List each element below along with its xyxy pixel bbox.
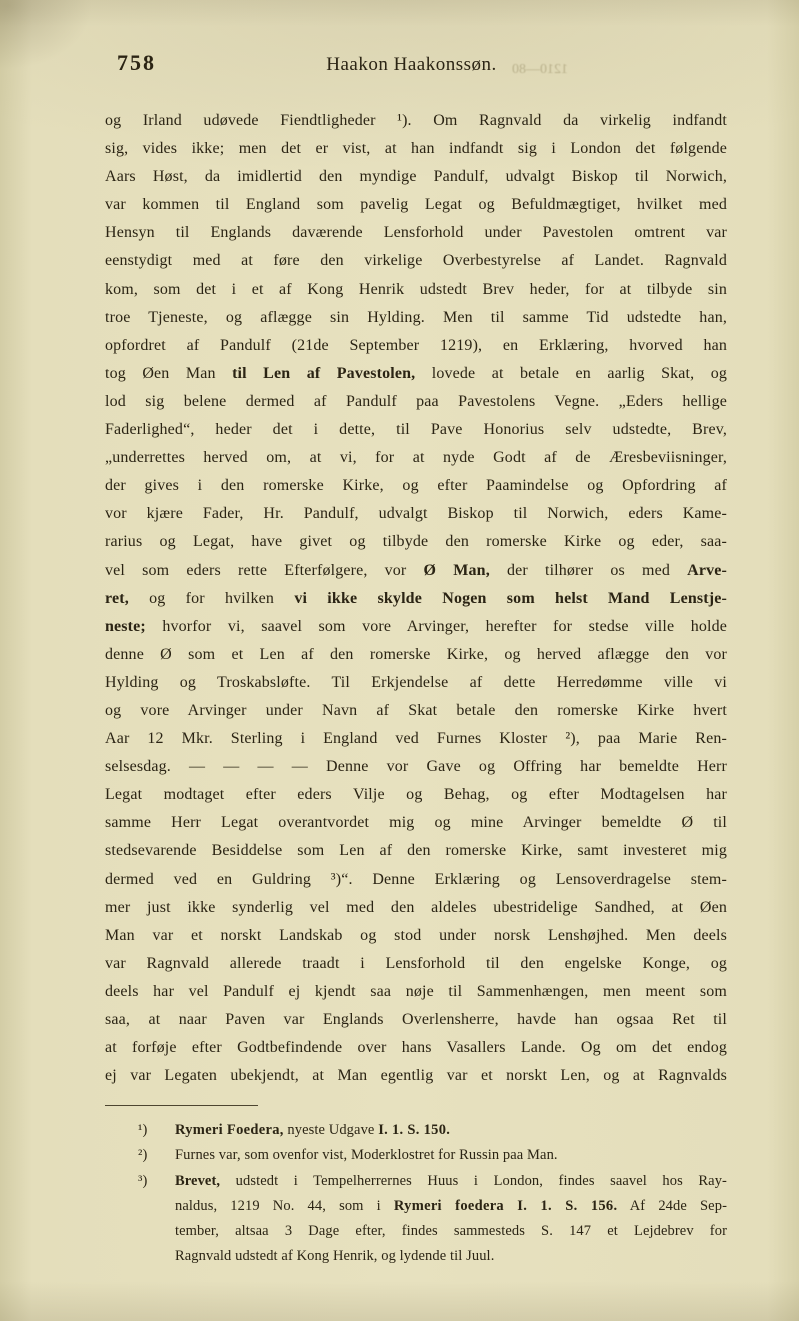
footnote-line: naldus, 1219 No. 44, som i Rymeri foeder… bbox=[175, 1194, 727, 1219]
book-page-scan: 1210—80 758 Haakon Haakonssøn. og Irland… bbox=[0, 0, 799, 1321]
text-run: nyeste Udgave bbox=[284, 1122, 379, 1138]
text-line: mer just ikke synderlig vel med den alde… bbox=[105, 894, 727, 922]
text-line: ret, og for hvilken vi ikke skylde Nogen… bbox=[105, 585, 727, 613]
text-run: der tilhører os med bbox=[490, 562, 687, 579]
text-run: Man var et norskt Landskab og stod under… bbox=[105, 927, 727, 944]
footnote-marker: ²) bbox=[138, 1143, 147, 1168]
text-line: Legat modtaget efter eders Vilje og Beha… bbox=[105, 781, 727, 809]
text-run: Brevet, bbox=[175, 1173, 220, 1189]
text-line: opfordret af Pandulf (21de September 121… bbox=[105, 332, 727, 360]
text-run: Arve- bbox=[687, 562, 727, 579]
text-run: at forføje efter Godtbefindende over han… bbox=[105, 1039, 727, 1056]
text-run: saa, at naar Paven var Englands Overlens… bbox=[105, 1011, 727, 1028]
page-header: 758 Haakon Haakonssøn. bbox=[105, 50, 727, 76]
text-line: vel som eders rette Efterfølgere, vor Ø … bbox=[105, 557, 727, 585]
text-line: var Ragnvald allerede traadt i Lensforho… bbox=[105, 950, 727, 978]
text-line: var kommen til England som pavelig Legat… bbox=[105, 191, 727, 219]
text-run: og for hvilken bbox=[129, 590, 294, 607]
text-line: neste; hvorfor vi, saavel som vore Arvin… bbox=[105, 613, 727, 641]
text-line: sig, vides ikke; men det er vist, at han… bbox=[105, 135, 727, 163]
text-line: Aar 12 Mkr. Sterling i England ved Furne… bbox=[105, 725, 727, 753]
text-run: selsesdag. — — — — Denne vor Gave og Off… bbox=[105, 758, 727, 775]
page-number: 758 bbox=[117, 50, 156, 76]
text-run: Hensyn til Englands daværende Lensforhol… bbox=[105, 224, 727, 241]
text-run: opfordret af Pandulf (21de September 121… bbox=[105, 337, 727, 354]
text-line: troe Tjeneste, og aflægge sin Hylding. M… bbox=[105, 304, 727, 332]
text-run: I. 1. S. 150. bbox=[378, 1122, 450, 1138]
text-run: tember, altsaa 3 Dage efter, findes samm… bbox=[175, 1223, 727, 1239]
text-run: Ø Man, bbox=[424, 562, 490, 579]
text-run: hvorfor vi, saavel som vore Arvinger, he… bbox=[146, 618, 727, 635]
text-run: vor kjære Fader, Hr. Pandulf, udvalgt Bi… bbox=[105, 505, 727, 522]
text-run: vel som eders rette Efterfølgere, vor bbox=[105, 562, 424, 579]
footnote-line: Furnes var, som ovenfor vist, Moderklost… bbox=[175, 1143, 727, 1168]
footnote-line: Brevet, udstedt i Tempelherrernes Huus i… bbox=[175, 1169, 727, 1194]
body-text: og Irland udøvede Fiendtligheder ¹). Om … bbox=[105, 107, 727, 1090]
text-line: at forføje efter Godtbefindende over han… bbox=[105, 1034, 727, 1062]
text-line: selsesdag. — — — — Denne vor Gave og Off… bbox=[105, 753, 727, 781]
text-line: der gives i den romerske Kirke, og efter… bbox=[105, 472, 727, 500]
text-run: og vore Arvinger under Navn af Skat beta… bbox=[105, 702, 727, 719]
text-run: ret, bbox=[105, 590, 129, 607]
text-line: vor kjære Fader, Hr. Pandulf, udvalgt Bi… bbox=[105, 500, 727, 528]
text-run: tog Øen Man bbox=[105, 365, 232, 382]
text-run: der gives i den romerske Kirke, og efter… bbox=[105, 477, 727, 494]
text-run: Aar 12 Mkr. Sterling i England ved Furne… bbox=[105, 730, 727, 747]
footnote: ²)Furnes var, som ovenfor vist, Moderklo… bbox=[105, 1143, 727, 1168]
text-run: Hylding og Troskabsløfte. Til Erkjendels… bbox=[105, 674, 727, 691]
text-line: Hensyn til Englands daværende Lensforhol… bbox=[105, 219, 727, 247]
text-line: og vore Arvinger under Navn af Skat beta… bbox=[105, 697, 727, 725]
text-line: eenstydigt med at føre den virkelige Ove… bbox=[105, 247, 727, 275]
text-line: Faderlighed“, heder det i dette, til Pav… bbox=[105, 416, 727, 444]
text-line: ej var Legaten ubekjendt, at Man egentli… bbox=[105, 1062, 727, 1090]
text-run: naldus, 1219 No. 44, som i bbox=[175, 1198, 394, 1214]
text-run: vi ikke skylde Nogen som helst Mand Lens… bbox=[294, 590, 727, 607]
text-line: denne Ø som et Len af den romerske Kirke… bbox=[105, 641, 727, 669]
text-line: saa, at naar Paven var Englands Overlens… bbox=[105, 1006, 727, 1034]
text-run: lod sig belene dermed af Pandulf paa Pav… bbox=[105, 393, 727, 410]
text-line: dermed ved en Guldring ³)“. Denne Erklær… bbox=[105, 866, 727, 894]
text-line: Man var et norskt Landskab og stod under… bbox=[105, 922, 727, 950]
text-run: dermed ved en Guldring ³)“. Denne Erklær… bbox=[105, 871, 727, 888]
text-line: rarius og Legat, have givet og tilbyde d… bbox=[105, 528, 727, 556]
text-run: Rymeri foedera I. 1. S. 156. bbox=[394, 1198, 618, 1214]
text-line: deels har vel Pandulf ej kjendt saa nøje… bbox=[105, 978, 727, 1006]
text-run: Legat modtaget efter eders Vilje og Beha… bbox=[105, 786, 727, 803]
footnote-marker: ³) bbox=[138, 1169, 147, 1194]
text-line: stedsevarende Besiddelse som Len af den … bbox=[105, 837, 727, 865]
text-run: til Len af Pavestolen, bbox=[232, 365, 415, 382]
footnotes: ¹)Rymeri Foedera, nyeste Udgave I. 1. S.… bbox=[105, 1118, 727, 1270]
text-run: var kommen til England som pavelig Legat… bbox=[105, 196, 727, 213]
text-run: mer just ikke synderlig vel med den alde… bbox=[105, 899, 727, 916]
text-line: lod sig belene dermed af Pandulf paa Pav… bbox=[105, 388, 727, 416]
footnote: ¹)Rymeri Foedera, nyeste Udgave I. 1. S.… bbox=[105, 1118, 727, 1143]
text-run: Ragnvald udstedt af Kong Henrik, og lyde… bbox=[175, 1248, 494, 1264]
text-run: stedsevarende Besiddelse som Len af den … bbox=[105, 842, 727, 859]
text-run: sig, vides ikke; men det er vist, at han… bbox=[105, 140, 727, 157]
text-run: deels har vel Pandulf ej kjendt saa nøje… bbox=[105, 983, 727, 1000]
footnote-separator bbox=[105, 1105, 258, 1106]
text-run: udstedt i Tempelherrernes Huus i London,… bbox=[220, 1173, 727, 1189]
text-line: Hylding og Troskabsløfte. Til Erkjendels… bbox=[105, 669, 727, 697]
text-run: ej var Legaten ubekjendt, at Man egentli… bbox=[105, 1067, 727, 1084]
text-run: neste; bbox=[105, 618, 146, 635]
text-run: troe Tjeneste, og aflægge sin Hylding. M… bbox=[105, 309, 727, 326]
text-run: eenstydigt med at føre den virkelige Ove… bbox=[105, 252, 727, 269]
text-run: samme Herr Legat overantvordet mig og mi… bbox=[105, 814, 727, 831]
text-run: kom, som det i et af Kong Henrik udstedt… bbox=[105, 281, 727, 298]
text-run: rarius og Legat, have givet og tilbyde d… bbox=[105, 533, 727, 550]
text-run: lovede at betale en aarlig Skat, og bbox=[415, 365, 727, 382]
footnote-marker: ¹) bbox=[138, 1118, 147, 1143]
footnote-line: tember, altsaa 3 Dage efter, findes samm… bbox=[175, 1219, 727, 1244]
running-title: Haakon Haakonssøn. bbox=[156, 54, 727, 76]
text-line: Aars Høst, da imidlertid den myndige Pan… bbox=[105, 163, 727, 191]
text-run: „underrettes herved om, at vi, for at ny… bbox=[105, 449, 727, 466]
text-line: kom, som det i et af Kong Henrik udstedt… bbox=[105, 276, 727, 304]
text-run: denne Ø som et Len af den romerske Kirke… bbox=[105, 646, 727, 663]
text-run: og Irland udøvede Fiendtligheder ¹). Om … bbox=[105, 112, 727, 129]
text-run: var Ragnvald allerede traadt i Lensforho… bbox=[105, 955, 727, 972]
text-run: Furnes var, som ovenfor vist, Moderklost… bbox=[175, 1147, 558, 1163]
footnote-line: Rymeri Foedera, nyeste Udgave I. 1. S. 1… bbox=[175, 1118, 727, 1143]
text-line: „underrettes herved om, at vi, for at ny… bbox=[105, 444, 727, 472]
text-run: Af 24de Sep- bbox=[617, 1198, 727, 1214]
text-line: tog Øen Man til Len af Pavestolen, loved… bbox=[105, 360, 727, 388]
text-run: Aars Høst, da imidlertid den myndige Pan… bbox=[105, 168, 727, 185]
text-line: samme Herr Legat overantvordet mig og mi… bbox=[105, 809, 727, 837]
text-run: Rymeri Foedera, bbox=[175, 1122, 284, 1138]
footnote: ³)Brevet, udstedt i Tempelherrernes Huus… bbox=[105, 1169, 727, 1270]
footnote-line: Ragnvald udstedt af Kong Henrik, og lyde… bbox=[175, 1244, 727, 1269]
text-line: og Irland udøvede Fiendtligheder ¹). Om … bbox=[105, 107, 727, 135]
text-run: Faderlighed“, heder det i dette, til Pav… bbox=[105, 421, 727, 438]
